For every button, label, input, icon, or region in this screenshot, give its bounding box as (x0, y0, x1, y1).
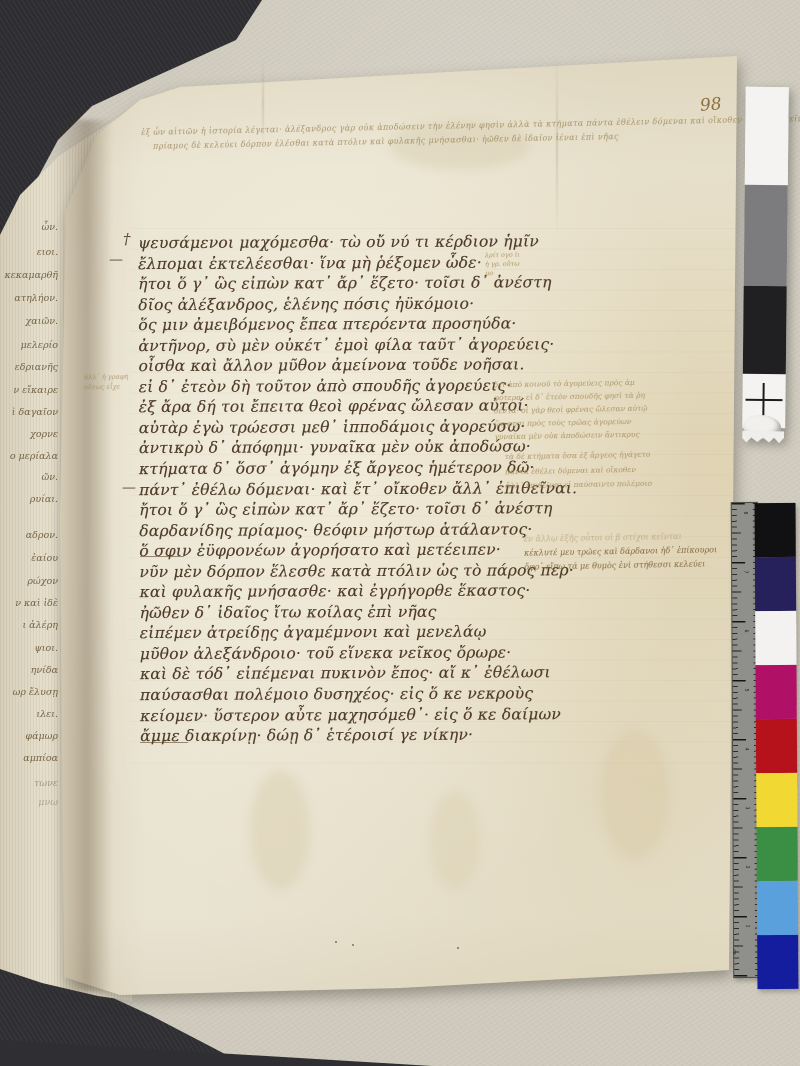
edge-text-fragment: ιλει. (0, 709, 58, 720)
verse-line: ψευσάμενοι μαχόμεσθα· τὼ οὔ νύ τι κέρδιο… (138, 231, 638, 254)
verse-line: ἤτοι ὅ γ᾽ ὣς εἰπὼν κατ᾽ ἄρ᾽ ἕζετο· τοῖσι… (138, 272, 638, 295)
dark-felt-bottom-band (0, 1040, 432, 1066)
scholion-line: μο (485, 269, 520, 279)
scholion-note-a: λρίτ ογο ϊι ἡ γρ. οὕτω μο (485, 251, 520, 279)
edge-text-fragment: φάμωρ (0, 731, 58, 742)
edge-text-fragment: ειοι. (0, 247, 58, 258)
edge-text-fragment: ψιοι. (0, 643, 58, 654)
stain (430, 790, 480, 890)
color-patch-darkblue (757, 935, 798, 989)
scholion-block-c: τὰ δὲ κτήματα ὅσα ἐξ ἄργεος ἠγάγετο πάντ… (505, 448, 652, 494)
verse-line: ἤτοι ὅ γ᾽ ὣς εἰπὼν κατ᾽ ἄρ᾽ ἕζετο· τοῖσι… (139, 498, 639, 521)
ruler-number: 3 (744, 806, 749, 814)
verse-line: κείομεν· ὕστερον αὖτε μαχησόμεθ᾽· εἰς ὅ … (140, 703, 640, 726)
verse-line: ἔλπομαι ἐκτελέεσθαι· ἵνα μὴ ῥέξομεν ὧδε· (138, 251, 638, 274)
edge-text-fragment: ὶ δαγαῖον (0, 407, 58, 418)
edge-text-fragment: χορνε (0, 429, 58, 440)
scholion-line: ἄλλ᾽ ἡ γραφὴ (84, 372, 129, 383)
verse-line: μῦθον ἀλεξάνδροιο· τοῦ εἵνεκα νεῖκος ὄρω… (140, 642, 640, 665)
ruler-number: 8 (742, 511, 747, 519)
margin-dash-mark: — (122, 480, 136, 496)
ruler-unit-label: cm (731, 949, 736, 954)
verse-line: ἀντῆνορ, σὺ μὲν οὐκέτ᾽ ἐμοὶ φίλα ταῦτ᾽ ἀ… (138, 334, 638, 357)
torn-edge (742, 431, 784, 443)
grayscale-patch-gray (744, 185, 788, 286)
edge-text-fragment: αμπίοα (0, 753, 58, 764)
page-crease (262, 58, 264, 148)
ruler-number: 2 (744, 865, 749, 873)
speck (457, 947, 459, 949)
edge-text-fragment: ρυίαι. (0, 494, 58, 505)
edge-text-fragment: ι ἀλέρη (0, 620, 58, 631)
scholion-line: γυναῖκα μὲν οὐκ ἀποδώσειν ἄντικρυς (494, 428, 648, 444)
grayscale-calibration-strip (742, 87, 789, 428)
edge-text-fragment: ἑαίου (0, 553, 58, 564)
grayscale-patch-black (743, 286, 787, 374)
ruler-number: 7 (743, 570, 748, 578)
color-patch-yellow (756, 773, 797, 827)
edge-text-fragment: τωνε (0, 778, 58, 789)
scholion-block-b: ὅτι ἀπὸ κοινοῦ τὸ ἀγορεύεις πρὸς ἀμ φότε… (493, 376, 648, 444)
color-calibration-bar (755, 503, 799, 989)
registration-cross-icon (762, 383, 764, 416)
edge-text-fragment: μελερίο (0, 340, 58, 351)
verse-line: καὶ φυλακῆς μνήσασθε· καὶ ἐγρήγορθε ἕκασ… (139, 580, 639, 603)
edge-text-fragment: κεκαμαρθῆ (0, 270, 58, 281)
color-patch-black (755, 503, 796, 557)
edge-text-fragment: χαιῶν. (0, 316, 58, 327)
page-crease (556, 56, 558, 236)
obelus-cross-mark: † (123, 230, 131, 248)
grayscale-patch-white (745, 87, 789, 185)
color-patch-green (756, 827, 797, 881)
margin-dash-mark: — (109, 252, 123, 268)
scholion-left-note: ἄλλ᾽ ἡ γραφὴ οὕτως εἶχε (84, 372, 129, 393)
speck (335, 941, 337, 943)
edge-text-fragment: εδριανῆς (0, 362, 58, 373)
ruler-number: 4 (744, 747, 749, 755)
verse-line: ἄμμε διακρίνῃ· δώῃ δ᾽ ἑτέροισί γε νίκην· (140, 724, 640, 747)
ruler-number: 6 (743, 629, 748, 637)
stain (250, 770, 310, 890)
color-patch-lightblue (757, 881, 798, 935)
edge-text-fragment: ηνίδα (0, 665, 58, 676)
color-patch-navy (755, 557, 796, 611)
edge-text-fragment: ὦν. (0, 222, 58, 233)
verse-line: παύσασθαι πολέμοιο δυσηχέος· εἰς ὅ κε νε… (140, 683, 640, 706)
ruler-number: 5 (743, 688, 748, 696)
color-patch-magenta (756, 665, 797, 719)
manuscript-photo: ὦν. ειοι. κεκαμαρθῆ ατηλήον. χαιῶν. μελε… (0, 0, 800, 1066)
edge-text-fragment: ο μερίαλα (0, 451, 58, 462)
ruler-number: 1 (744, 924, 749, 932)
edge-text-fragment: ν εἴκαιρε (0, 385, 58, 396)
color-patch-red (756, 719, 797, 773)
scholion-line: οὕτως εἶχε (84, 382, 129, 393)
scholion-line: ἄλλ᾽ ἐπιθεῖναι εἰ παύσαιντο πολέμοιο (505, 477, 652, 494)
folio-number: 98 (699, 94, 722, 116)
speck (352, 944, 354, 946)
edge-text-fragment: ρώχον (0, 576, 58, 587)
stain (600, 730, 670, 860)
color-patch-white (755, 611, 796, 665)
edge-text-fragment: μνω (0, 797, 58, 808)
edge-text-fragment: αδρον. (0, 530, 58, 541)
verse-line: ἠῶθεν δ᾽ ἰδαῖος ἴτω κοίλας ἐπὶ νῆας (139, 601, 639, 624)
edge-text-fragment: ν καὶ ἰδὲ (0, 598, 58, 609)
verse-line: εἰπέμεν ἀτρείδῃς ἀγαμέμνονι καὶ μενελάῳ (140, 621, 640, 644)
scholion-line: ἡ γρ. οὕτω (485, 260, 520, 270)
edge-text-fragment: ωρ ἔλυσῃ (0, 687, 58, 698)
edge-text-fragment: ῶν. (0, 472, 58, 483)
verse-line: οἶσθα καὶ ἄλλον μῦθον ἀμείνονα τοῦδε νοῆ… (138, 354, 638, 377)
verse-line: καὶ δὲ τόδ᾽ εἰπέμεναι πυκινὸν ἔπος· αἴ κ… (140, 662, 640, 685)
scholion-block-d: ἐν ἄλλῳ ἑξῆς οὗτοι οἱ β στίχοι κεῖνται κ… (524, 529, 718, 574)
verse-line: ὅς μιν ἀμειβόμενος ἔπεα πτερόεντα προσηύ… (138, 313, 638, 336)
verse-line: δῖος ἀλέξανδρος, ἑλένης πόσις ἠϋκόμοιο· (138, 293, 638, 316)
edge-text-fragment: ατηλήον. (0, 293, 58, 304)
